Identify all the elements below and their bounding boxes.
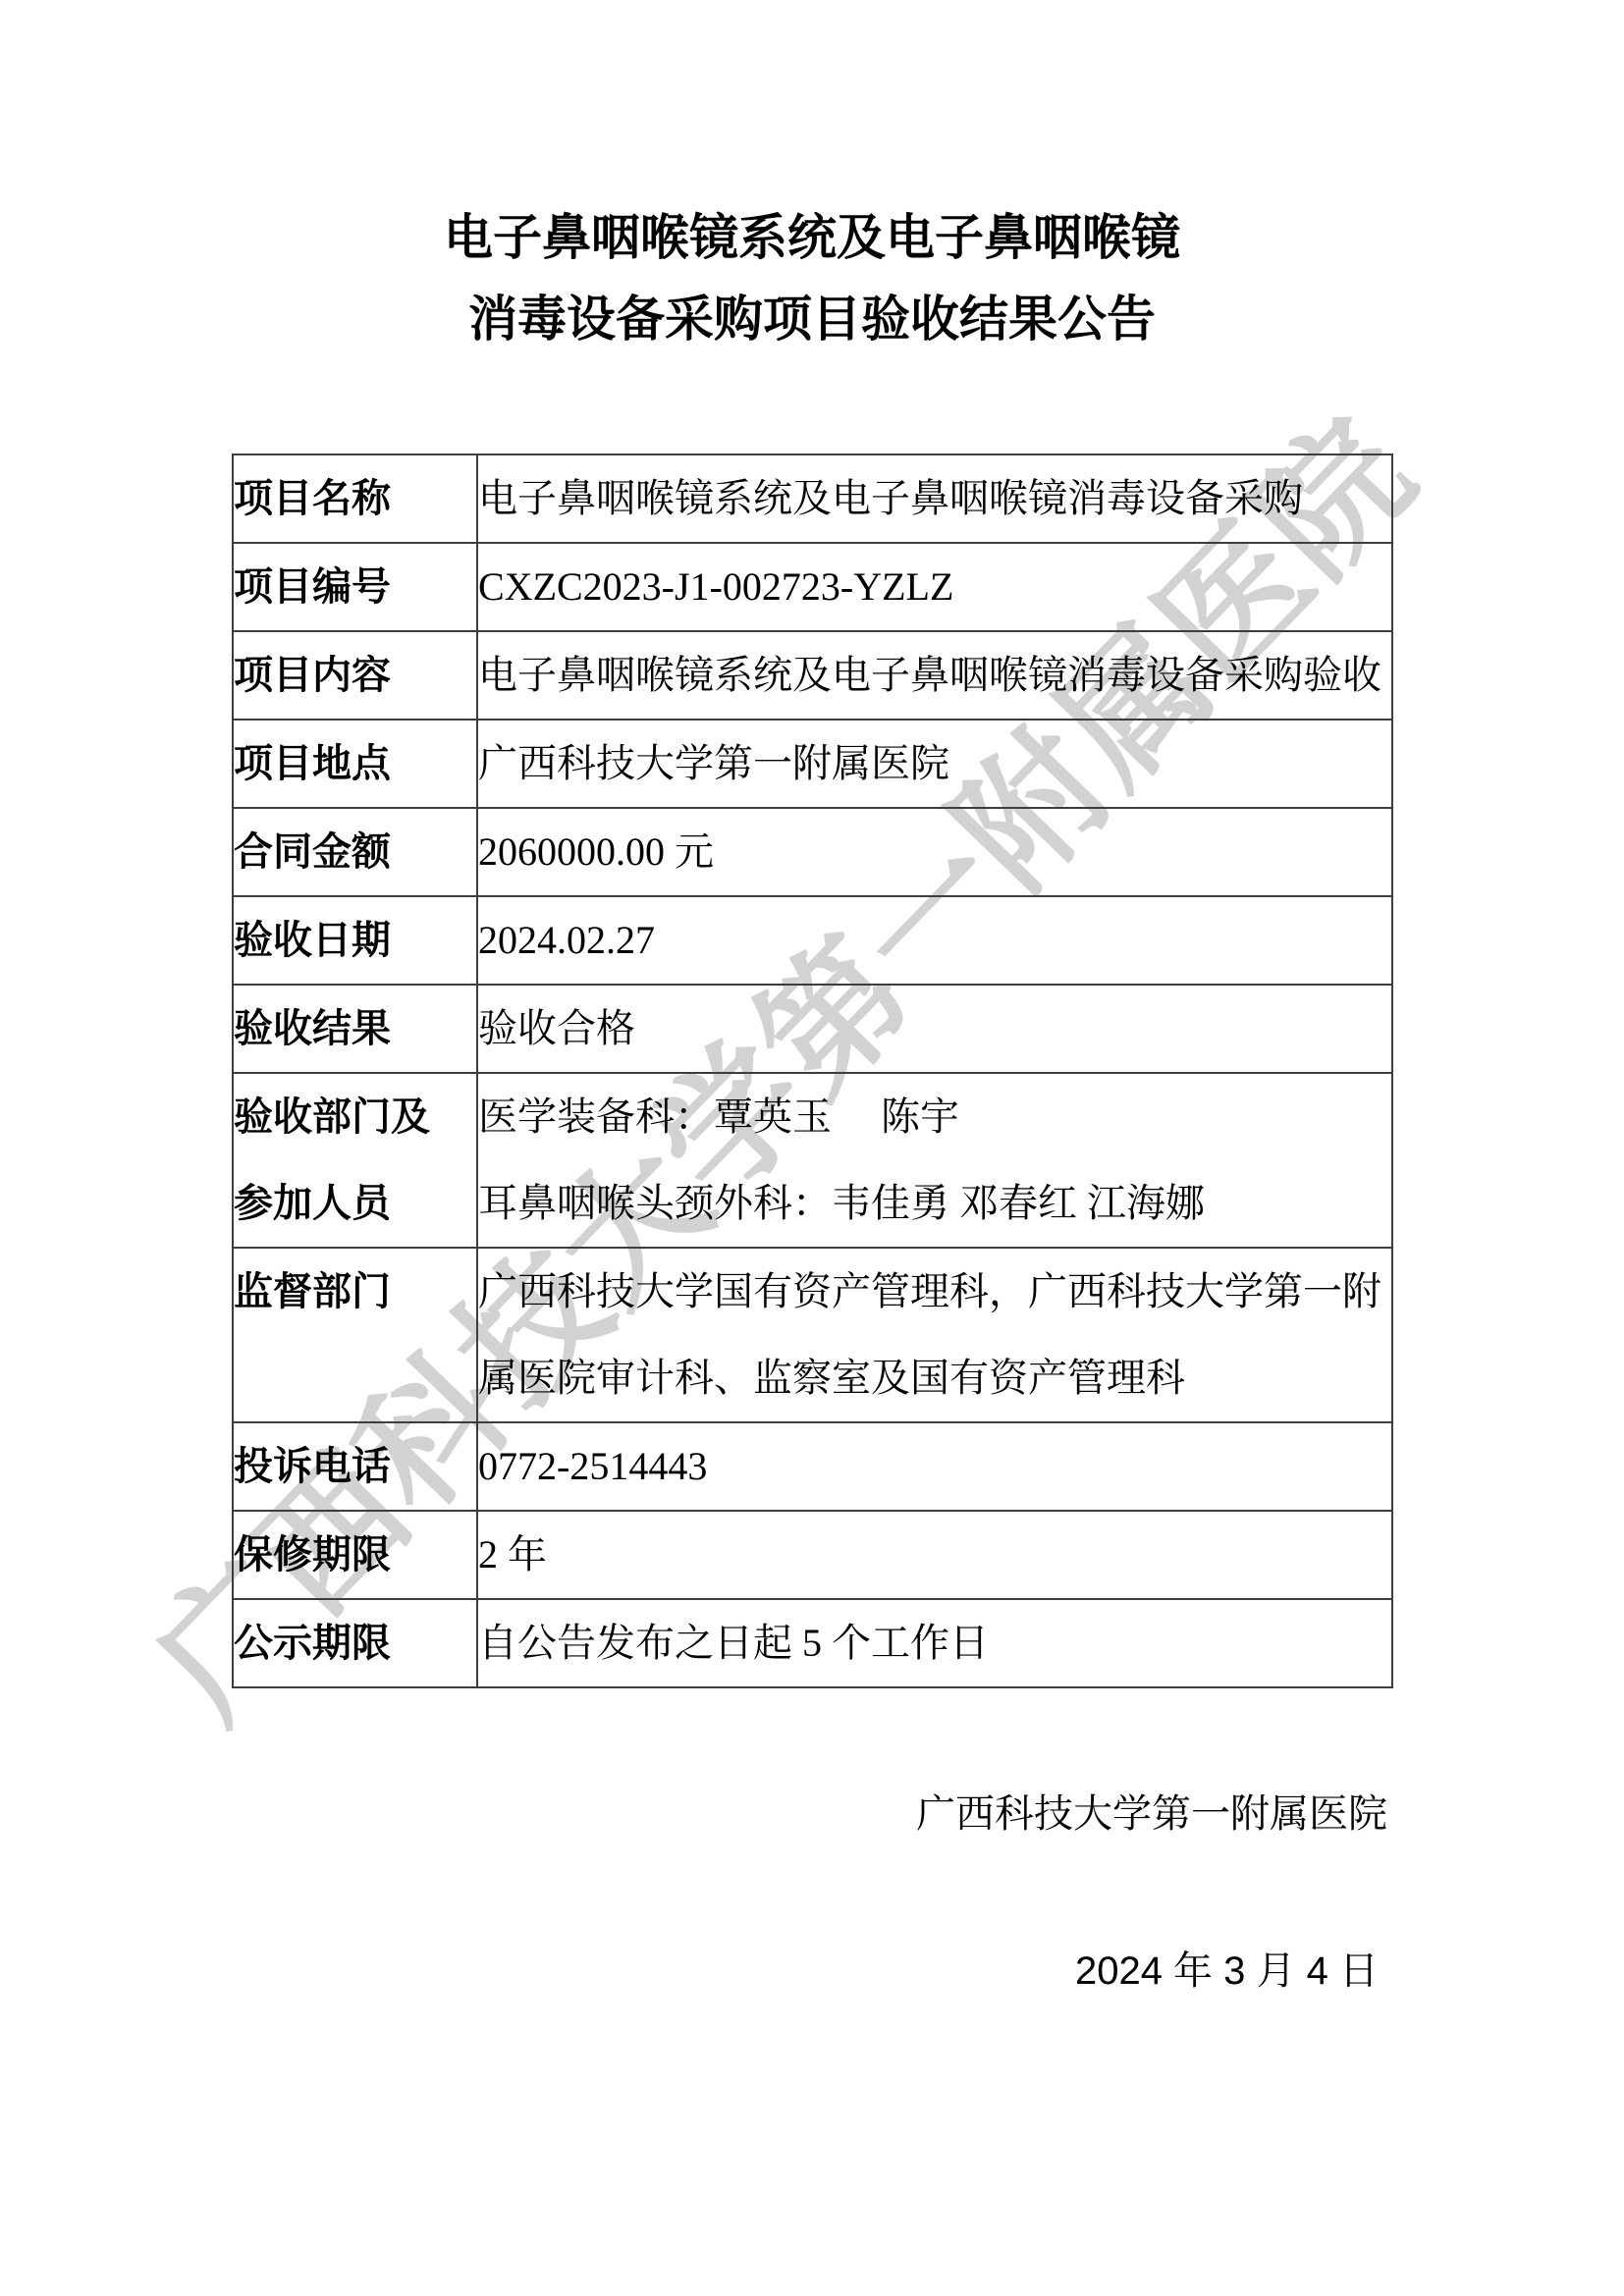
- row-value-cell: 广西科技大学第一附属医院: [477, 720, 1392, 808]
- table-row-acceptance-result: 验收结果 验收合格: [233, 985, 1392, 1073]
- table-row-supervising-department: 监督部门 广西科技大学国有资产管理科，广西科技大学第一附 属医院审计科、监察室及…: [233, 1248, 1392, 1422]
- row-label-cell: 项目编号: [233, 543, 477, 631]
- table-row-acceptance-date: 验收日期 2024.02.27: [233, 896, 1392, 985]
- row-value-cell: 电子鼻咽喉镜系统及电子鼻咽喉镜消毒设备采购: [477, 454, 1392, 543]
- row-label-cell: 项目内容: [233, 631, 477, 720]
- row-value-cell: 自公告发布之日起 5 个工作日: [477, 1599, 1392, 1687]
- publish-date: 2024 年 3 月 4 日: [1075, 1948, 1379, 1995]
- acceptance-result-table: 项目名称 电子鼻咽喉镜系统及电子鼻咽喉镜消毒设备采购 项目编号 CXZC2023…: [232, 454, 1393, 1688]
- table-row-acceptance-department: 验收部门及 参加人员 医学装备科：覃英玉 陈宇 耳鼻咽喉头颈外科：韦佳勇 邓春红…: [233, 1073, 1392, 1248]
- row-label-cell: 投诉电话: [233, 1422, 477, 1511]
- table-row-project-name: 项目名称 电子鼻咽喉镜系统及电子鼻咽喉镜消毒设备采购: [233, 454, 1392, 543]
- table-row-project-number: 项目编号 CXZC2023-J1-002723-YZLZ: [233, 543, 1392, 631]
- table-row-contract-amount: 合同金额 2060000.00 元: [233, 808, 1392, 896]
- table-body: 项目名称 电子鼻咽喉镜系统及电子鼻咽喉镜消毒设备采购 项目编号 CXZC2023…: [233, 454, 1392, 1687]
- title-line-1: 电子鼻咽喉镜系统及电子鼻咽喉镜: [0, 197, 1624, 279]
- table-row-publicity-period: 公示期限 自公告发布之日起 5 个工作日: [233, 1599, 1392, 1687]
- row-label-cell: 公示期限: [233, 1599, 477, 1687]
- row-value-cell: 2 年: [477, 1511, 1392, 1599]
- table-row-project-content: 项目内容 电子鼻咽喉镜系统及电子鼻咽喉镜消毒设备采购验收: [233, 631, 1392, 720]
- row-value-cell: 验收合格: [477, 985, 1392, 1073]
- row-value-cell: 2060000.00 元: [477, 808, 1392, 896]
- row-label-cell: 验收部门及 参加人员: [233, 1073, 477, 1248]
- table-row-project-location: 项目地点 广西科技大学第一附属医院: [233, 720, 1392, 808]
- row-label-cell: 保修期限: [233, 1511, 477, 1599]
- row-value-cell: 0772-2514443: [477, 1422, 1392, 1511]
- signature-org: 广西科技大学第一附属医院: [916, 1790, 1387, 1838]
- row-value-cell: 广西科技大学国有资产管理科，广西科技大学第一附 属医院审计科、监察室及国有资产管…: [477, 1248, 1392, 1422]
- row-label-cell: 项目名称: [233, 454, 477, 543]
- row-label-cell: 项目地点: [233, 720, 477, 808]
- row-value-cell: CXZC2023-J1-002723-YZLZ: [477, 543, 1392, 631]
- row-label-cell: 监督部门: [233, 1248, 477, 1422]
- row-label-cell: 验收结果: [233, 985, 477, 1073]
- row-value-cell: 电子鼻咽喉镜系统及电子鼻咽喉镜消毒设备采购验收: [477, 631, 1392, 720]
- table-row-complaint-phone: 投诉电话 0772-2514443: [233, 1422, 1392, 1511]
- row-value-cell: 2024.02.27: [477, 896, 1392, 985]
- document-title: 电子鼻咽喉镜系统及电子鼻咽喉镜 消毒设备采购项目验收结果公告: [0, 197, 1624, 360]
- row-value-cell: 医学装备科：覃英玉 陈宇 耳鼻咽喉头颈外科：韦佳勇 邓春红 江海娜: [477, 1073, 1392, 1248]
- document-page: { "page": { "title_line1": "电子鼻咽喉镜系统及电子鼻…: [0, 0, 1624, 2296]
- table-row-warranty-period: 保修期限 2 年: [233, 1511, 1392, 1599]
- title-line-2: 消毒设备采购项目验收结果公告: [0, 279, 1624, 360]
- row-label-cell: 验收日期: [233, 896, 477, 985]
- row-label-cell: 合同金额: [233, 808, 477, 896]
